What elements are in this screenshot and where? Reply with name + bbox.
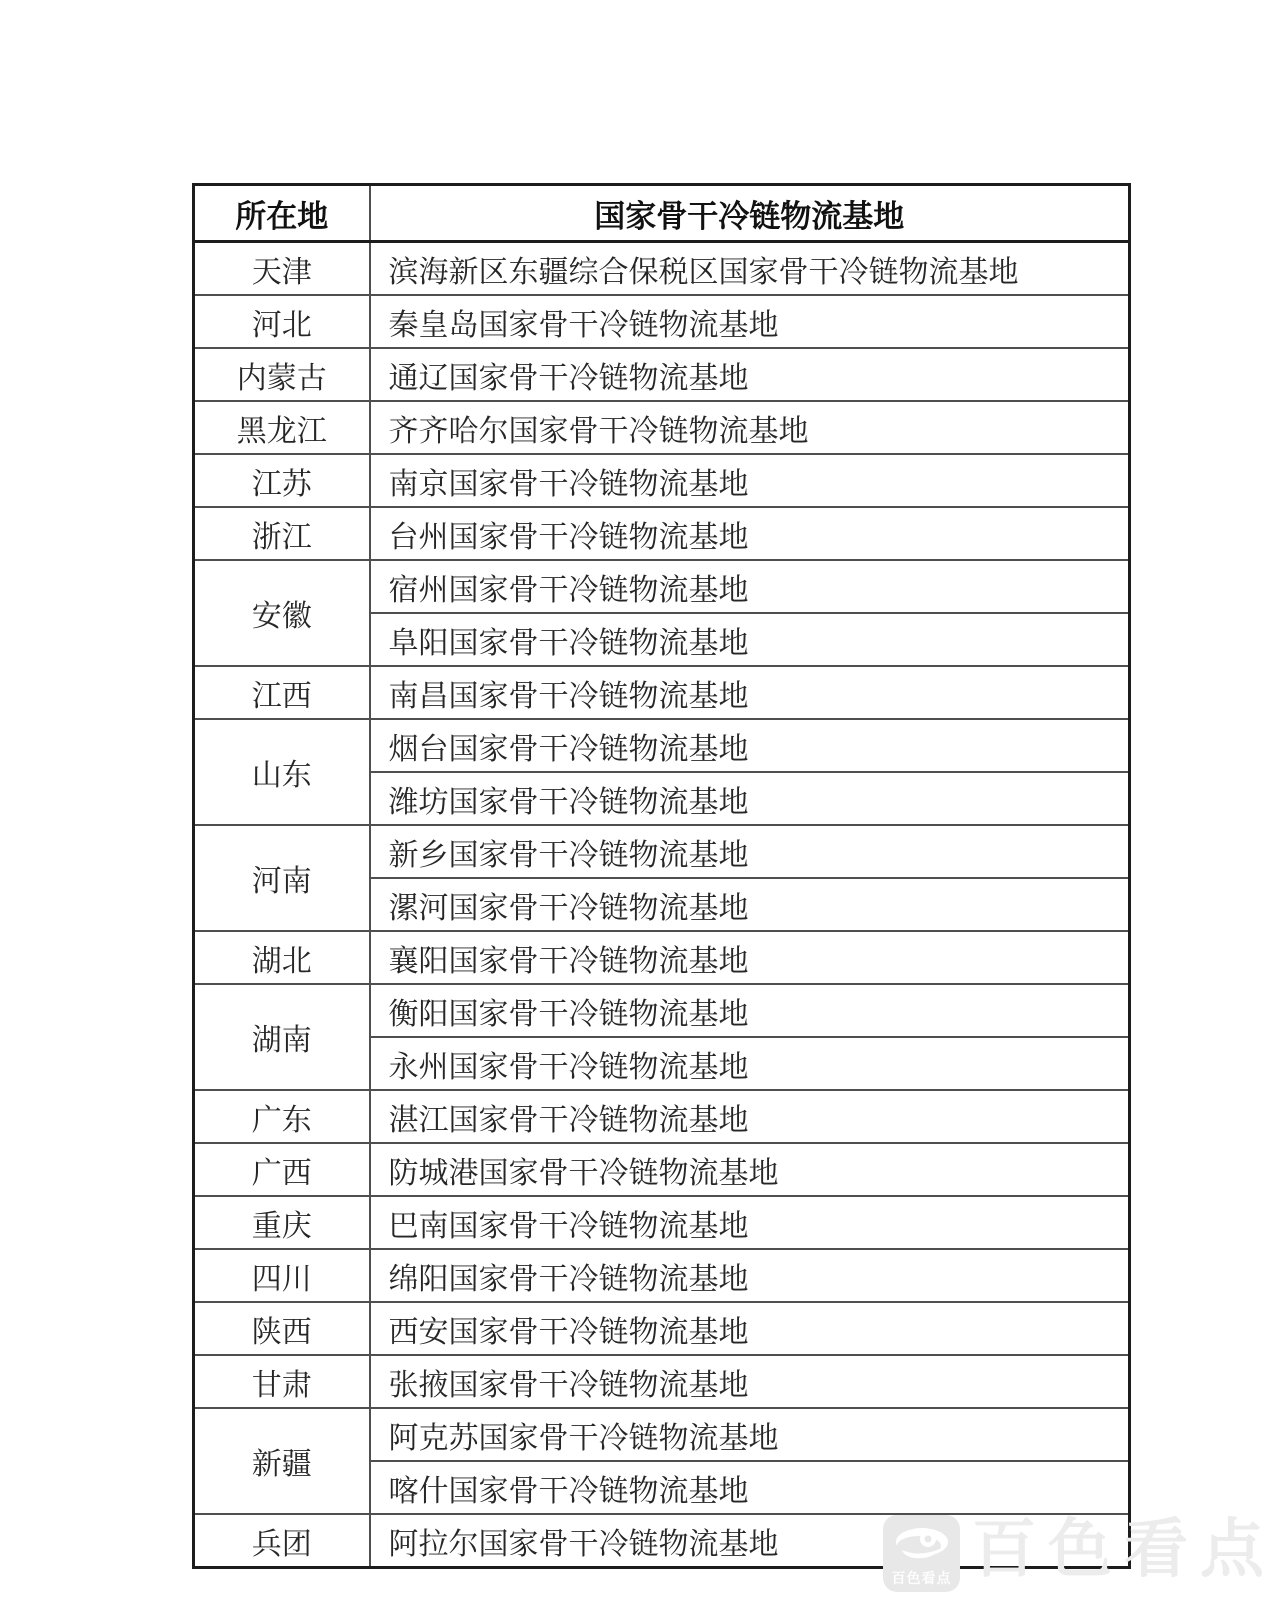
table-row: 江苏南京国家骨干冷链物流基地 [194, 454, 1130, 507]
base-cell: 南京国家骨干冷链物流基地 [370, 454, 1130, 507]
table-row: 重庆巴南国家骨干冷链物流基地 [194, 1196, 1130, 1249]
province-cell: 湖北 [194, 931, 370, 984]
page: 所在地 国家骨干冷链物流基地 天津滨海新区东疆综合保税区国家骨干冷链物流基地河北… [0, 0, 1280, 1613]
watermark-logo: 百色看点 [883, 1515, 960, 1592]
base-cell: 秦皇岛国家骨干冷链物流基地 [370, 295, 1130, 348]
watermark: 百色看点 百色看点 [883, 1515, 1276, 1592]
province-cell: 天津 [194, 242, 370, 296]
base-cell: 阜阳国家骨干冷链物流基地 [370, 613, 1130, 666]
base-cell: 湛江国家骨干冷链物流基地 [370, 1090, 1130, 1143]
table-row: 陕西西安国家骨干冷链物流基地 [194, 1302, 1130, 1355]
watermark-text: 百色看点 [972, 1517, 1276, 1581]
base-cell: 新乡国家骨干冷链物流基地 [370, 825, 1130, 878]
base-cell: 阿克苏国家骨干冷链物流基地 [370, 1408, 1130, 1461]
header-location: 所在地 [194, 185, 370, 242]
base-cell: 张掖国家骨干冷链物流基地 [370, 1355, 1130, 1408]
base-cell: 滨海新区东疆综合保税区国家骨干冷链物流基地 [370, 242, 1130, 296]
table-row: 河南新乡国家骨干冷链物流基地 [194, 825, 1130, 878]
province-cell: 广西 [194, 1143, 370, 1196]
province-cell: 黑龙江 [194, 401, 370, 454]
base-cell: 永州国家骨干冷链物流基地 [370, 1037, 1130, 1090]
province-cell: 陕西 [194, 1302, 370, 1355]
province-cell: 河北 [194, 295, 370, 348]
table-row: 安徽宿州国家骨干冷链物流基地 [194, 560, 1130, 613]
table-header-row: 所在地 国家骨干冷链物流基地 [194, 185, 1130, 242]
province-cell: 河南 [194, 825, 370, 931]
base-cell: 绵阳国家骨干冷链物流基地 [370, 1249, 1130, 1302]
table-row: 内蒙古通辽国家骨干冷链物流基地 [194, 348, 1130, 401]
table-row: 广西防城港国家骨干冷链物流基地 [194, 1143, 1130, 1196]
province-cell: 重庆 [194, 1196, 370, 1249]
base-cell: 防城港国家骨干冷链物流基地 [370, 1143, 1130, 1196]
cold-chain-base-table: 所在地 国家骨干冷链物流基地 天津滨海新区东疆综合保税区国家骨干冷链物流基地河北… [192, 183, 1131, 1569]
base-cell: 潍坊国家骨干冷链物流基地 [370, 772, 1130, 825]
province-cell: 江西 [194, 666, 370, 719]
base-cell: 台州国家骨干冷链物流基地 [370, 507, 1130, 560]
table-row: 广东湛江国家骨干冷链物流基地 [194, 1090, 1130, 1143]
table-row: 浙江台州国家骨干冷链物流基地 [194, 507, 1130, 560]
province-cell: 浙江 [194, 507, 370, 560]
province-cell: 湖南 [194, 984, 370, 1090]
base-cell: 西安国家骨干冷链物流基地 [370, 1302, 1130, 1355]
watermark-logo-label: 百色看点 [892, 1571, 952, 1585]
swirl-icon [892, 1515, 952, 1569]
header-base: 国家骨干冷链物流基地 [370, 185, 1130, 242]
base-cell: 齐齐哈尔国家骨干冷链物流基地 [370, 401, 1130, 454]
table-row: 甘肃张掖国家骨干冷链物流基地 [194, 1355, 1130, 1408]
table-row: 天津滨海新区东疆综合保税区国家骨干冷链物流基地 [194, 242, 1130, 296]
base-cell: 烟台国家骨干冷链物流基地 [370, 719, 1130, 772]
province-cell: 四川 [194, 1249, 370, 1302]
province-cell: 甘肃 [194, 1355, 370, 1408]
table-row: 黑龙江齐齐哈尔国家骨干冷链物流基地 [194, 401, 1130, 454]
table-row: 四川绵阳国家骨干冷链物流基地 [194, 1249, 1130, 1302]
province-cell: 江苏 [194, 454, 370, 507]
province-cell: 安徽 [194, 560, 370, 666]
base-cell: 宿州国家骨干冷链物流基地 [370, 560, 1130, 613]
table-row: 湖南衡阳国家骨干冷链物流基地 [194, 984, 1130, 1037]
province-cell: 兵团 [194, 1514, 370, 1568]
base-cell: 南昌国家骨干冷链物流基地 [370, 666, 1130, 719]
base-cell: 喀什国家骨干冷链物流基地 [370, 1461, 1130, 1514]
base-cell: 漯河国家骨干冷链物流基地 [370, 878, 1130, 931]
province-cell: 内蒙古 [194, 348, 370, 401]
base-cell: 通辽国家骨干冷链物流基地 [370, 348, 1130, 401]
table-row: 山东烟台国家骨干冷链物流基地 [194, 719, 1130, 772]
base-cell: 襄阳国家骨干冷链物流基地 [370, 931, 1130, 984]
table-row: 江西南昌国家骨干冷链物流基地 [194, 666, 1130, 719]
province-cell: 山东 [194, 719, 370, 825]
table-row: 河北秦皇岛国家骨干冷链物流基地 [194, 295, 1130, 348]
base-cell: 衡阳国家骨干冷链物流基地 [370, 984, 1130, 1037]
province-cell: 新疆 [194, 1408, 370, 1514]
province-cell: 广东 [194, 1090, 370, 1143]
table-row: 新疆阿克苏国家骨干冷链物流基地 [194, 1408, 1130, 1461]
base-cell: 巴南国家骨干冷链物流基地 [370, 1196, 1130, 1249]
table-row: 湖北襄阳国家骨干冷链物流基地 [194, 931, 1130, 984]
